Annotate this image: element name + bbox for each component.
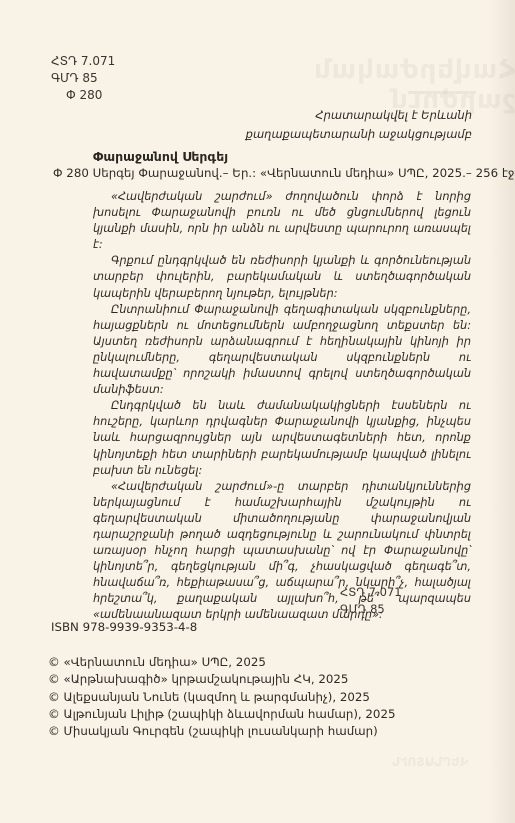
annotation-paragraph: «Հավերժական շարժում» ժողովածուն փորձ է ն… (93, 189, 471, 253)
annotation-paragraph: Գրքում ընդգրկված են ռեժիսորի կյանքի և գո… (93, 253, 471, 301)
copyright-line: © Ալեքսանյան Նունե (կազմող և թարգմանիչ),… (48, 689, 395, 706)
annotation-paragraph: «Հավերժական շարժում»-ը տարբեր դիտանկյուն… (93, 479, 471, 624)
bleed-through-rule (408, 91, 476, 94)
copyright-line: © «Արթնախագիծ» կրթամշակութային ՀԿ, 2025 (48, 671, 395, 688)
publisher-support-note: Հրատարակվել է Երևանի քաղաքապետարանի աջակ… (246, 106, 472, 144)
author-sign: Փ 280 (51, 87, 115, 104)
classification-codes-bottom: ՀՏԴ 7.071 ԳՄԴ 85 (340, 584, 402, 618)
annotation-paragraph: Ընտրանիում Փարաջանովի գեղագիտական սկզբու… (93, 302, 471, 399)
bbk-code: ԳՄԴ 85 (51, 70, 115, 87)
author-heading: Փարաջանով Սերգեյ (93, 149, 228, 164)
annotation-paragraph: Ընդգրկված են նաև ժամանակակիցների էսսեներ… (93, 398, 471, 478)
isbn: ISBN 978-9939-9353-4-8 (51, 620, 197, 634)
bibliographic-record: Փ 280 Սերգեյ Փարաջանով.– Եր.: «Վերնատուն… (53, 166, 515, 180)
copyright-list: © «Վերնատուն մեդիա» ՍՊԸ, 2025 © «Արթնախա… (48, 654, 395, 740)
udc-code: ՀՏԴ 7.071 (340, 584, 402, 601)
annotation: «Հավերժական շարժում» ժողովածուն փորձ է ն… (93, 189, 471, 624)
copyright-line: © «Վերնատուն մեդիա» ՍՊԸ, 2025 (48, 654, 395, 671)
classification-codes-top: ՀՏԴ 7.071 ԳՄԴ 85 Փ 280 (51, 53, 115, 104)
book-imprint-page: Հավերժական շարժում ՎԵՐՆԱՏՈՒՆ ՀՏԴ 7.071 Գ… (0, 0, 515, 823)
bleed-through-logo: ՎԵՐՆԱՏՈՒՆ (392, 755, 468, 769)
bbk-code: ԳՄԴ 85 (340, 601, 402, 618)
udc-code: ՀՏԴ 7.071 (51, 53, 115, 70)
copyright-line: © Ալթունյան Լիլիթ (շապիկի ձևավորման համա… (48, 706, 395, 723)
support-note-line-2: քաղաքապետարանի աջակցությամբ (246, 125, 472, 144)
support-note-line-1: Հրատարակվել է Երևանի (246, 106, 472, 125)
copyright-line: © Միսակյան Գուրգեն (շապիկի լուսանկարի հա… (48, 723, 395, 740)
